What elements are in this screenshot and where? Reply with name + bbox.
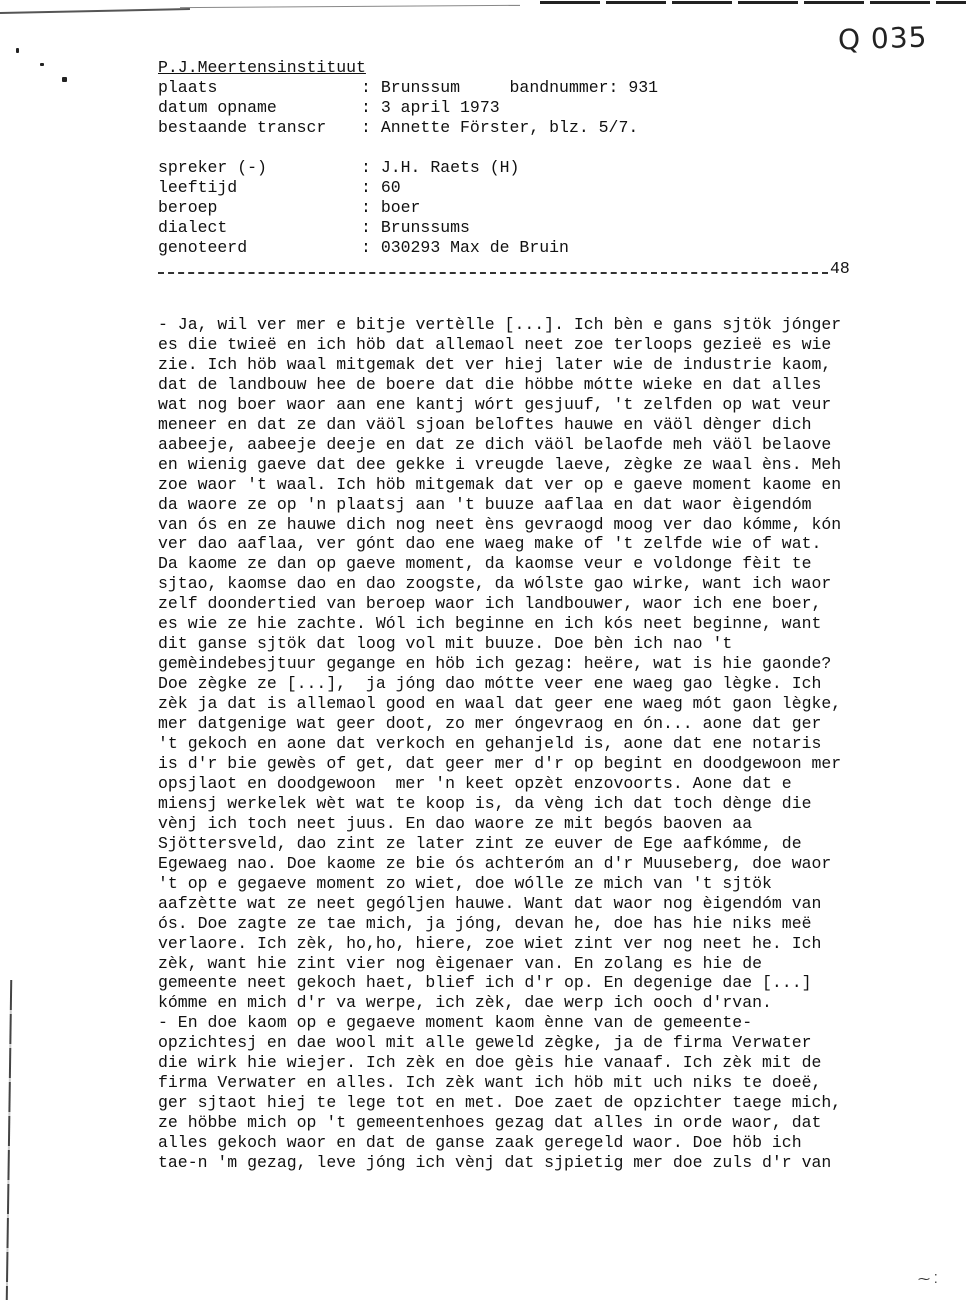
metadata-value: 3 april 1973: [381, 98, 500, 118]
transcript-line: verlaore. Ich zèk, ho,ho, hiere, zoe wie…: [158, 934, 878, 954]
metadata-label: bestaande transcr: [158, 118, 361, 138]
metadata-row-genoteerd: genoteerd: 030293 Max de Bruin: [158, 238, 878, 258]
transcript-line: dat de landbouw hee de boere dat die höb…: [158, 375, 878, 395]
transcript-line: sjtao, kaomse dao en dao zoogste, da wól…: [158, 574, 878, 594]
metadata-label: dialect: [158, 218, 361, 238]
transcript-line: tae-n 'm gezag, leve jóng ich vènj dat s…: [158, 1153, 878, 1173]
scan-artifact-line: [540, 1, 966, 4]
transcript-line: zie. Ich höb waal mitgemak det ver hiej …: [158, 355, 878, 375]
transcript-line: es wie ze hie zachte. Wól ich beginne en…: [158, 614, 878, 634]
transcript-line: 't gekoch en aone dat verkoch en gehanje…: [158, 734, 878, 754]
transcript-line: ze höbbe mich op 't gemeentenhoes gezag …: [158, 1113, 878, 1133]
metadata-row-leeftijd: leeftijd: 60: [158, 178, 878, 198]
transcript-line: vènj ich toch neet juus. En dao waore ze…: [158, 814, 878, 834]
metadata-value: boer: [381, 198, 421, 218]
transcript-line: zoe waor 't waal. Ich höb mitgemak dat v…: [158, 475, 878, 495]
metadata-label: plaats: [158, 78, 361, 98]
transcript-line: ós. Doe zagte ze tae mich, ja jóng, deva…: [158, 914, 878, 934]
metadata-label: spreker (-): [158, 158, 361, 178]
scan-artifact-line: [6, 980, 12, 1300]
metadata-row-plaats: plaats: Brunssum bandnummer: 931: [158, 78, 878, 98]
transcript-line: firma Verwater en alles. Ich zèk want ic…: [158, 1073, 878, 1093]
transcript-line: meneer en dat ze dan väöl sjoan beloftes…: [158, 415, 878, 435]
scan-artifact-line: [0, 8, 190, 14]
institute-title: P.J.Meertensinstituut: [158, 58, 878, 78]
transcript-line: Da kaome ze dan op gaeve moment, da kaom…: [158, 554, 878, 574]
transcript-line: wat nog boer waor aan ene kantj wórt ges…: [158, 395, 878, 415]
scan-artifact-line: [180, 5, 520, 8]
metadata-label: beroep: [158, 198, 361, 218]
transcript-line: gemèindebesjtuur gegange en höb ich geza…: [158, 654, 878, 674]
transcript-line: dit ganse sjtök dat loog vol mit buuze. …: [158, 634, 878, 654]
speaker-metadata: spreker (-): J.H. Raets (H) leeftijd: 60…: [158, 158, 878, 258]
transcript-line: gemeente neet gekoch haet, blief ich d'r…: [158, 973, 878, 993]
metadata-label: leeftijd: [158, 178, 361, 198]
transcript-line: aafzètte wat ze neet gególjen hauwe. Wan…: [158, 894, 878, 914]
metadata-row-spreker: spreker (-): J.H. Raets (H): [158, 158, 878, 178]
metadata-value: 030293 Max de Bruin: [381, 238, 569, 258]
transcript-line: mer datgenige wat geer doot, zo mer ónge…: [158, 714, 878, 734]
transcript-line: zèk ja dat is allemaol good en waal dat …: [158, 694, 878, 714]
scan-speck: [62, 77, 67, 82]
transcript-line: miensj werkelek wèt wat te koop is, da v…: [158, 794, 878, 814]
metadata-row-transcr: bestaande transcr: Annette Förster, blz.…: [158, 118, 878, 138]
metadata-value: Annette Förster, blz. 5/7.: [381, 118, 638, 138]
dashed-divider: [158, 272, 828, 274]
metadata-value: Brunssum bandnummer: 931: [381, 78, 658, 98]
scan-artifact-scribble: ⁓ ⁚: [918, 1272, 938, 1286]
transcript-line: alles gekoch waor en dat de ganse zaak g…: [158, 1133, 878, 1153]
scan-speck: [16, 48, 19, 53]
transcript-line: van ós en ze hauwe dich nog neet èns gev…: [158, 515, 878, 535]
transcript-line: en wienig gaeve dat dee gekke i vreugde …: [158, 455, 878, 475]
transcript-line: - En doe kaom op e gegaeve moment kaom è…: [158, 1013, 878, 1033]
scan-speck: [40, 63, 44, 66]
transcript-line: Sjöttersveld, dao zint ze later zint ze …: [158, 834, 878, 854]
handwritten-document-code: Q 035: [837, 20, 927, 56]
metadata-value: Brunssums: [381, 218, 470, 238]
recording-metadata: plaats: Brunssum bandnummer: 931 datum o…: [158, 78, 878, 138]
metadata-value: J.H. Raets (H): [381, 158, 520, 178]
transcript-line: aabeeje, aabeeje deeje en dat ze dich vä…: [158, 435, 878, 455]
transcript-line: die wirk hie wiejer. Ich zèk en doe gèis…: [158, 1053, 878, 1073]
transcript-line: zelf doondertied van beroep waor ich lan…: [158, 594, 878, 614]
metadata-label: datum opname: [158, 98, 361, 118]
transcript-line: is d'r bie gewès of get, dat geer mer d'…: [158, 754, 878, 774]
transcript-line: da waore ze op 'n plaatsj aan 't buuze a…: [158, 495, 878, 515]
transcript-line: kómme en mich d'r va werpe, ich zèk, dae…: [158, 993, 878, 1013]
transcript-body: - Ja, wil ver mer e bitje vertèlle [...]…: [158, 315, 878, 1173]
metadata-label: genoteerd: [158, 238, 361, 258]
transcript-line: opsjlaot en doodgewoon mer 'n keet opzèt…: [158, 774, 878, 794]
separator-rule: 48: [158, 259, 878, 279]
transcript-line: ger sjtaot hiej te lege tot en met. Doe …: [158, 1093, 878, 1113]
transcript-page: P.J.Meertensinstituut plaats: Brunssum b…: [158, 58, 878, 1173]
transcript-line: zèk, want hie zint vier nog èigenaer van…: [158, 954, 878, 974]
separator-number: 48: [830, 259, 850, 279]
metadata-row-datum: datum opname: 3 april 1973: [158, 98, 878, 118]
transcript-line: Egewaeg nao. Doe kaome ze bie ós achteró…: [158, 854, 878, 874]
transcript-line: es die twieë en ich höb dat allemaol nee…: [158, 335, 878, 355]
transcript-line: 't op e gegaeve moment zo wiet, doe wóll…: [158, 874, 878, 894]
metadata-row-dialect: dialect: Brunssums: [158, 218, 878, 238]
transcript-line: opzichtesj en dae wool mit alle geweld z…: [158, 1033, 878, 1053]
metadata-row-beroep: beroep: boer: [158, 198, 878, 218]
transcript-line: - Ja, wil ver mer e bitje vertèlle [...]…: [158, 315, 878, 335]
transcript-line: ver dao aaflaa, ver gónt dao ene waeg ma…: [158, 534, 878, 554]
metadata-value: 60: [381, 178, 401, 198]
transcript-line: Doe zègke ze [...], ja jóng dao mótte ve…: [158, 674, 878, 694]
